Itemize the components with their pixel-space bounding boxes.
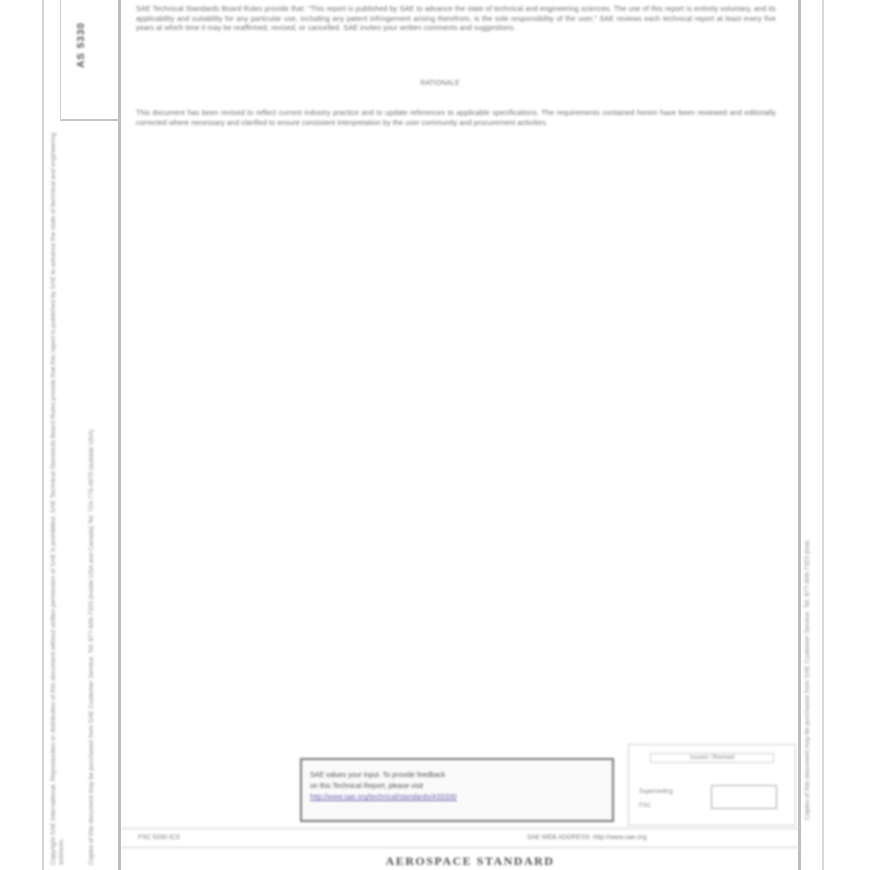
footer-left: FSC 5330 ICS: [138, 834, 180, 841]
right-margin-text: Copies of this document may be purchased…: [804, 540, 818, 820]
left-margin-text: Copyright SAE International. Reproductio…: [50, 130, 80, 865]
feedback-line-1: SAE values your input. To provide feedba…: [310, 770, 604, 781]
rationale-heading: RATIONALE: [400, 80, 480, 87]
intro-paragraph: SAE Technical Standards Board Rules prov…: [136, 4, 776, 33]
footer-right: SAE WEB ADDRESS: http://www.sae.org: [527, 834, 647, 841]
feedback-box: SAE values your input. To provide feedba…: [300, 758, 614, 822]
revision-label-fsc: FSC: [639, 803, 651, 809]
feedback-line-2: on this Technical Report, please visit: [310, 781, 604, 792]
right-frame-outer-rule: [822, 0, 824, 870]
feedback-link[interactable]: http://www.sae.org/technical/standards/A…: [310, 792, 604, 803]
revision-box-title: Issued / Revised: [650, 753, 774, 763]
left-margin-rule: [118, 0, 121, 870]
footer-title: AEROSPACE STANDARD: [350, 854, 590, 869]
revision-box: Issued / Revised Superseding FSC: [628, 744, 796, 826]
number-box-left-rule: [60, 0, 61, 121]
right-frame-rule: [798, 0, 801, 870]
footer-row: FSC 5330 ICS SAE WEB ADDRESS: http://www…: [122, 828, 802, 848]
left-margin-text-secondary: Copies of this document may be purchased…: [88, 130, 102, 865]
revision-label-superseding: Superseding: [639, 789, 673, 795]
rationale-paragraph: This document has been revised to reflec…: [136, 108, 776, 127]
document-number: AS 5330: [76, 22, 87, 68]
number-box-bottom-rule: [60, 119, 120, 121]
revision-symbol: [711, 785, 777, 809]
left-margin-outer-rule: [42, 0, 44, 870]
